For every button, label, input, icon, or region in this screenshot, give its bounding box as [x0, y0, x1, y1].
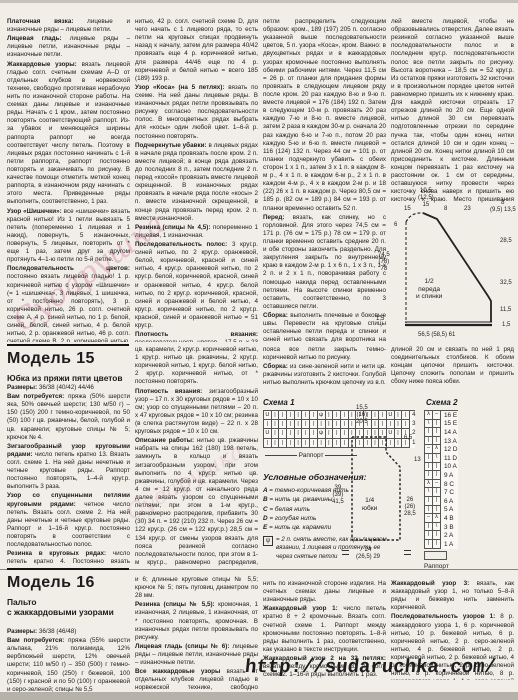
chart-cell: | — [425, 506, 433, 515]
chart-cell: | — [272, 420, 280, 429]
site-watermark-url: http://sudaruchka.com/ — [244, 656, 497, 678]
paragraph: Перед: вязать, как спинку, но с горловин… — [263, 214, 386, 311]
paragraph: Плотность вязания: зигзагообразный узор … — [135, 388, 258, 437]
paragraph: Плотность вязания: последовательность цв… — [135, 331, 258, 342]
top-text-column-2: нитью, 42 р. согл. счетной схеме D, для … — [135, 18, 258, 342]
measure-right-4: 11,5 — [500, 307, 511, 314]
paragraph: Жаккардовые узоры: вязать лицевой гладью… — [7, 61, 130, 207]
chart-row: λ–8 C — [425, 480, 458, 489]
row-number-color: 3 B — [444, 524, 454, 531]
skirt-schematic: 15,5 (16) 20,5 6,5 13 39 (39) 41,5 26 (2… — [330, 405, 426, 565]
skirt-right: 26 (26) 28,5 — [404, 497, 416, 518]
scan-edge-top — [0, 0, 518, 3]
paragraph: Лицевая гладь: лицевые ряды – лицевые пе… — [7, 35, 130, 59]
measure-bottom: 56,5 (58,5) 61 — [418, 332, 455, 339]
measure-right-2: 28,5 — [500, 238, 512, 245]
row-number-color: 6 A — [444, 498, 453, 505]
chart-cell: | — [295, 429, 303, 438]
chart-cell: | — [433, 463, 441, 472]
chart-cell: | — [433, 497, 441, 506]
row-number-color: 5 A — [444, 506, 453, 513]
paragraph: Платочная вязка: лицевые и изнаночные ря… — [7, 18, 130, 34]
chart-cell: λ — [433, 514, 441, 523]
chart-cell: | — [425, 523, 433, 532]
chart-cell: | — [302, 439, 310, 448]
row-number-color: 12 D — [444, 446, 458, 453]
decrease-symbol-icon: ψ — [263, 536, 273, 546]
chart-cell: \ — [425, 488, 433, 497]
measure-top-2: 10,5 (12,5) 15 — [418, 188, 434, 209]
chart-cell: | — [287, 411, 295, 420]
model16-subtitle: Пальто с жаккардовыми узорами — [7, 597, 129, 617]
row-number-color: 9 A — [444, 472, 453, 479]
schema2-block: Схема 2 λ–16 E\|15 E||14 A||13 A–λ12 D|\… — [424, 398, 514, 570]
top-text-column-3: петли распределить следующим образом: кр… — [263, 18, 386, 342]
chart-row: ||5 A — [425, 506, 458, 515]
chart-row: ||14 A — [425, 428, 458, 437]
model16-column-2: и 6; длинные круговые спицы № 5,5; крючо… — [135, 576, 258, 692]
chart-cell: | — [425, 531, 433, 540]
paragraph: Узор «Шишечки»: все «шишечки» вязать кра… — [7, 208, 130, 265]
chart-cell: | — [279, 429, 287, 438]
paragraph: длиной 20 см и связать по ней 1 ряд соед… — [391, 346, 514, 384]
paragraph: Зигзагообразный узор круговыми рядами: ч… — [7, 443, 130, 492]
garment-schematic: 15 10,5 (12,5) 15 8 23 6 74,5 (78) 78 1,… — [376, 190, 518, 348]
paragraph: Вам потребуется: пряжа (55% шерсти альпа… — [7, 637, 130, 692]
paragraph: Вам потребуется: пряжа (50% шерсти яка, … — [7, 393, 130, 442]
model16-title: Модель 16 — [7, 574, 129, 592]
chart-row: ||10 A — [425, 463, 458, 472]
chart-cell: | — [425, 454, 433, 463]
chart-cell: | — [272, 439, 280, 448]
paragraph: Сборка: из сине-зеленой нити и нити цв. … — [263, 363, 386, 387]
chart-cell: | — [287, 429, 295, 438]
chart-cell: – — [425, 445, 433, 454]
measure-right-5: 1,5 — [502, 322, 510, 329]
paragraph: Последовательность полос: 3 круг.р. сине… — [135, 241, 258, 330]
chart-cell: – — [425, 514, 433, 523]
chart-cell: | — [295, 420, 303, 429]
chart-row: –λ12 D — [425, 445, 458, 454]
row-number-color: 7 C — [444, 489, 454, 496]
chart-cell: | — [433, 428, 441, 437]
skirt-bottom: 24 (26,5) 29 — [356, 547, 380, 561]
paragraph: Резинка (спицы № 4,5): попеременно 1 лиц… — [135, 224, 258, 240]
model16-heading-block: Модель 16 Пальто с жаккардовыми узорами — [7, 568, 129, 617]
paragraph: петли распределить следующим образом: кр… — [263, 18, 386, 213]
paragraph: Все жаккардовые узоры вязать от отдельны… — [135, 668, 258, 692]
paragraph: Размеры: 36/38 (46/48) — [7, 628, 130, 636]
row-number-color: 13 A — [444, 438, 457, 445]
chart-cell: λ — [433, 445, 441, 454]
paragraph: Жаккардовый узор 3: вязать, как жаккардо… — [391, 580, 514, 612]
chart-cell: | — [433, 531, 441, 540]
chart-cell: | — [425, 463, 433, 472]
measure-left-1: 6 — [394, 222, 397, 229]
chart-cell: | — [425, 471, 433, 480]
measure-left-3: 1,5 — [376, 316, 384, 323]
chart-cell: | — [295, 411, 303, 420]
measure-left-2: 74,5 (78) 78 — [378, 252, 390, 273]
scan-edge-bottom — [0, 692, 518, 700]
chart-cell: U — [264, 429, 272, 438]
chart-cell: | — [425, 428, 433, 437]
model15-column-3-end: пояса все петли закрыть темно-коричневой… — [263, 346, 386, 396]
chart-cell: | — [279, 420, 287, 429]
model15-title: Модель 15 — [7, 350, 129, 368]
chart-cell: ψ — [318, 411, 326, 420]
paragraph: нитью, 42 р. согл. счетной схеме D, для … — [135, 18, 258, 83]
chart-cell: λ — [425, 480, 433, 489]
chart-cell: | — [264, 420, 272, 429]
chart-cell: | — [310, 411, 318, 420]
schema2-title: Схема 2 — [426, 398, 514, 407]
chart-row: ||2 A — [425, 531, 458, 540]
chart-cell: \ — [425, 420, 433, 429]
chart-cell: | — [433, 488, 441, 497]
skirt-top: 15,5 (16) 20,5 — [356, 405, 368, 426]
chart-row: –λ4 B — [425, 514, 458, 523]
chart-cell: | — [302, 429, 310, 438]
chart-cell: | — [433, 437, 441, 446]
row-number-color: 10 A — [444, 463, 457, 470]
paragraph: Резинка (спицы № 5,5): кромочная, 1 изна… — [135, 601, 258, 642]
chart-cell: | — [425, 497, 433, 506]
paragraph: Узор со спущенными петлями круговыми ряд… — [7, 492, 130, 549]
skirt-top-right: 6,5 — [404, 435, 412, 442]
chart-cell: | — [264, 439, 272, 448]
chart-cell: | — [425, 540, 433, 549]
chart-cell: | — [302, 420, 310, 429]
row-number-color: 8 C — [444, 481, 454, 488]
chart-cell: | — [272, 411, 280, 420]
skirt-right-upper: 13 — [414, 457, 421, 464]
chart-cell: | — [287, 420, 295, 429]
row-number-color: 2 A — [444, 532, 453, 539]
garment-label: 1/2 переда и спинки — [416, 278, 442, 301]
chart-cell: U — [264, 411, 272, 420]
model16-column-1: Размеры: 36/38 (46/48)Вам потребуется: п… — [7, 628, 130, 692]
chart-row: ||9 A — [425, 471, 458, 480]
chart-row: ||6 A — [425, 497, 458, 506]
chart-row: ||1 A — [425, 540, 458, 549]
chart-cell: | — [433, 420, 441, 429]
chart-row: ||13 A — [425, 437, 458, 446]
model15-heading-block: Модель 15 Юбка из пряжи пяти цветов — [7, 344, 129, 383]
model15-subtitle: Юбка из пряжи пяти цветов — [7, 373, 129, 383]
scanned-magazine-page: { "watermark": {"url": "http://sudaruchk… — [0, 0, 518, 700]
skirt-label: 1/4 юбки — [362, 497, 377, 512]
measure-right-1: 8 (9,5) 13,5 — [490, 200, 516, 214]
paragraph: цв. карамели, 2 круг.р. коричневой нитью… — [135, 346, 258, 387]
top-text-column-4: лей вместе лицевой, чтобы не образовывал… — [391, 18, 514, 204]
chart-row: |\3 B — [425, 523, 458, 532]
paragraph: Лицевая гладь (спицы № 6): лицевые ряды … — [135, 643, 258, 667]
chart-cell: – — [433, 480, 441, 489]
measure-top-3: 8 — [444, 206, 447, 213]
chart-cell: | — [310, 439, 318, 448]
chart-cell: \ — [433, 454, 441, 463]
chart-cell: | — [279, 411, 287, 420]
top-text-column-1: Платочная вязка: лицевые и изнаночные ря… — [7, 18, 130, 342]
chart-cell: \ — [433, 523, 441, 532]
chart-cell: | — [318, 420, 326, 429]
chart-cell: | — [279, 439, 287, 448]
measure-top-4: 23 — [464, 206, 471, 213]
paragraph: Описание работы: нитью цв. ржавчины набр… — [135, 437, 258, 566]
paragraph: Последовательность цветов: постоянно вяз… — [7, 265, 130, 342]
row-number-color: 1 A — [444, 541, 453, 548]
paragraph: Подчеркнутые убавки: в лицевых рядах в н… — [135, 142, 258, 223]
paragraph: Размеры: 36/38 (40/42) 44/46 — [7, 384, 130, 392]
row-number-color: 16 E — [444, 412, 457, 419]
chart-cell: | — [433, 471, 441, 480]
skirt-left: 39 (39) 41,5 — [332, 485, 344, 506]
chart-cell: ψ — [318, 429, 326, 438]
chart-row: \|7 C — [425, 488, 458, 497]
chart-cell: | — [425, 437, 433, 446]
chart-row: |\11 D — [425, 454, 458, 463]
chart-cell: | — [318, 439, 326, 448]
measure-top-1: 15 — [404, 206, 411, 213]
direction-mark — [342, 550, 349, 555]
chart-cell: | — [433, 540, 441, 549]
model15-column-2: цв. карамели, 2 круг.р. коричневой нитью… — [135, 346, 258, 566]
paragraph: Жаккардовый узор 1: число петель кратно … — [263, 605, 386, 654]
schema2-rapport-base — [424, 551, 447, 560]
paragraph: Сборка: выполнить плечевые и боковые швы… — [263, 312, 386, 342]
chart-cell: | — [310, 420, 318, 429]
chart-row: λ–16 E — [425, 411, 458, 420]
chart-row: \|15 E — [425, 420, 458, 429]
chart-cell: | — [302, 411, 310, 420]
paragraph: Резинка в круговых рядах: число петель к… — [7, 550, 130, 566]
chart-cell: | — [433, 506, 441, 515]
chart-cell: λ — [425, 411, 433, 420]
measure-right-3: 32,5 — [500, 280, 512, 287]
model15-column-1: Размеры: 36/38 (40/42) 44/46Вам потребуе… — [7, 384, 130, 566]
paragraph: пояса все петли закрыть темно-коричневой… — [263, 346, 386, 362]
row-number-color: 4 B — [444, 515, 454, 522]
schema2-grid: λ–16 E\|15 E||14 A||13 A–λ12 D|\11 D||10… — [424, 410, 458, 549]
chart-cell: | — [295, 439, 303, 448]
chart-cell: – — [433, 411, 441, 420]
direction-mark — [404, 550, 411, 555]
row-number-color: 11 D — [444, 455, 457, 462]
paragraph: Узор «Коса» (на 5 петлях): вязать по схе… — [135, 84, 258, 141]
row-number-color: 15 E — [444, 420, 457, 427]
chart-cell: | — [310, 429, 318, 438]
paragraph: нить по изнаночной стороне изделия. На с… — [263, 580, 386, 604]
row-number-color: 14 A — [444, 429, 457, 436]
paragraph: лей вместе лицевой, чтобы не образовывал… — [391, 18, 514, 204]
skirt-outline — [330, 405, 426, 565]
chart-cell: | — [287, 439, 295, 448]
model15-column-4-end: длиной 20 см и связать по ней 1 ряд соед… — [391, 346, 514, 384]
paragraph: и 6; длинные круговые спицы № 5,5; крючо… — [135, 576, 258, 600]
chart-cell: | — [272, 429, 280, 438]
